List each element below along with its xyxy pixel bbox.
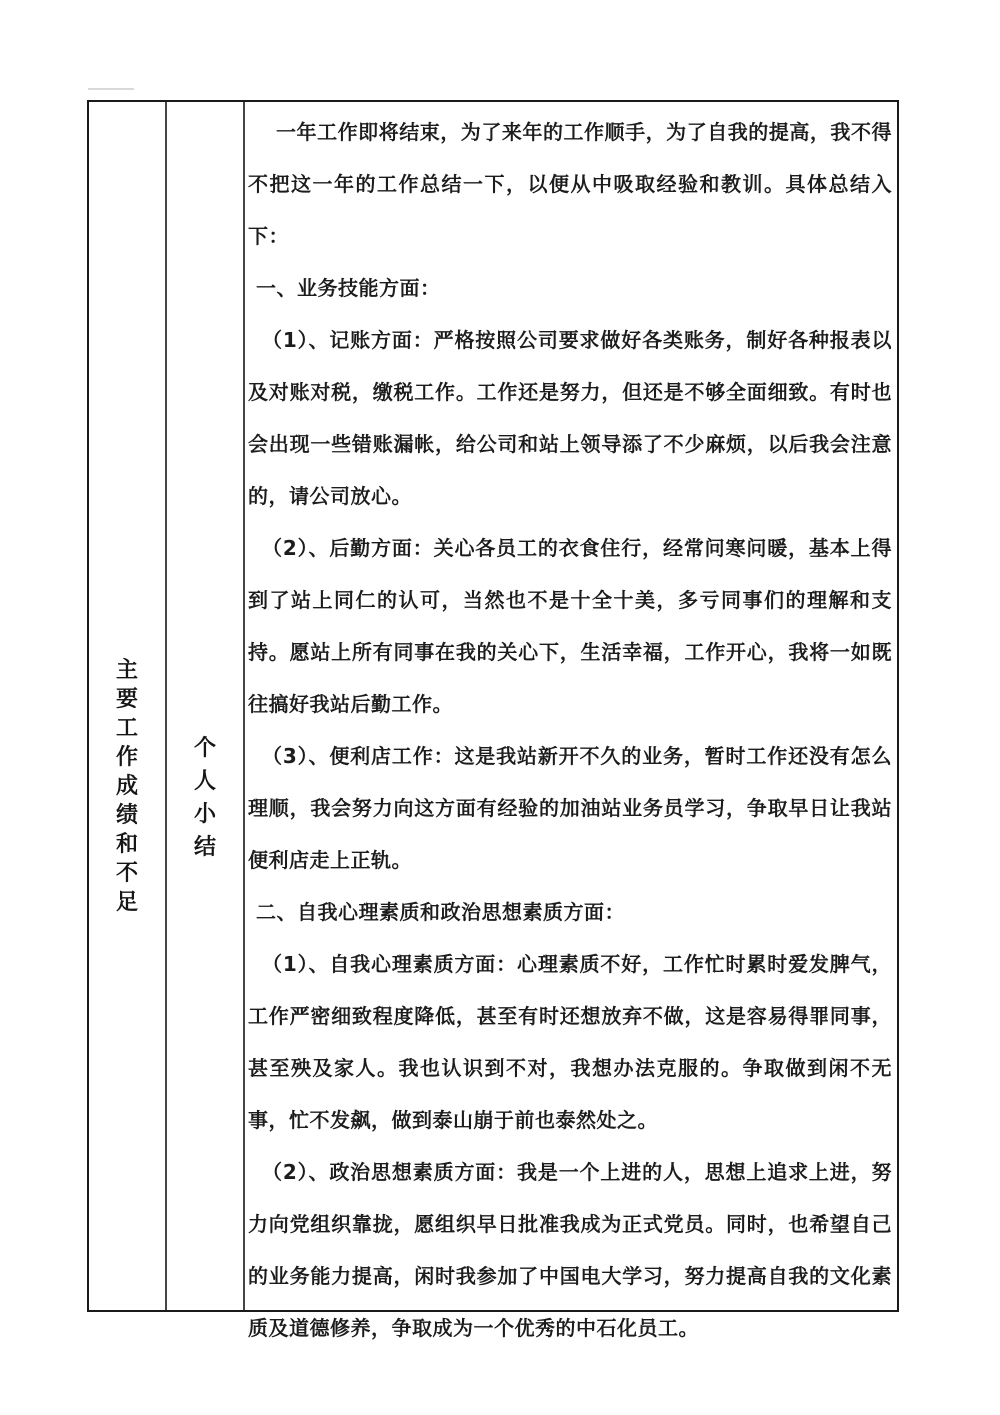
heading-section-2: 二、自我心理素质和政治思想素质方面： bbox=[248, 886, 892, 938]
paragraph-logistics: （2）、后勤方面：关心各员工的衣食住行，经常问寒问暖，基本上得到了站上同仁的认可… bbox=[248, 522, 892, 730]
paragraph-intro: 一年工作即将结束，为了来年的工作顺手，为了自我的提高，我不得不把这一年的工作总结… bbox=[248, 106, 892, 262]
row-header-cell-personal-summary: 个人小结 bbox=[167, 102, 245, 1310]
paragraph-psychological-quality: （1）、自我心理素质方面：心理素质不好，工作忙时累时爱发脾气，工作严密细致程度降… bbox=[248, 938, 892, 1146]
paragraph-bookkeeping: （1）、记账方面：严格按照公司要求做好各类账务，制好各种报表以及对账对税，缴税工… bbox=[248, 314, 892, 522]
paragraph-convenience-store: （3）、便利店工作：这是我站新开不久的业务，暂时工作还没有怎么理顺，我会努力向这… bbox=[248, 730, 892, 886]
document-page: 主要工作成绩和不足 个人小结 一年工作即将结束，为了来年的工作顺手，为了自我的提… bbox=[0, 0, 1000, 1415]
heading-section-1: 一、业务技能方面： bbox=[248, 262, 892, 314]
content-cell: 一年工作即将结束，为了来年的工作顺手，为了自我的提高，我不得不把这一年的工作总结… bbox=[245, 102, 897, 1310]
row-label-personal-summary-text: 个人小结 bbox=[193, 732, 217, 864]
row-label-main-achievements: 主要工作成绩和不足 bbox=[89, 656, 165, 917]
row-header-cell-achievements: 主要工作成绩和不足 bbox=[89, 102, 167, 1310]
page-top-artifact-line bbox=[88, 88, 134, 90]
summary-table: 主要工作成绩和不足 个人小结 一年工作即将结束，为了来年的工作顺手，为了自我的提… bbox=[87, 100, 899, 1312]
row-label-main-achievements-text: 主要工作成绩和不足 bbox=[115, 656, 139, 917]
row-label-personal-summary: 个人小结 bbox=[167, 732, 243, 864]
paragraph-political-quality: （2）、政治思想素质方面：我是一个上进的人，思想上追求上进，努力向党组织靠拢，愿… bbox=[248, 1146, 892, 1354]
